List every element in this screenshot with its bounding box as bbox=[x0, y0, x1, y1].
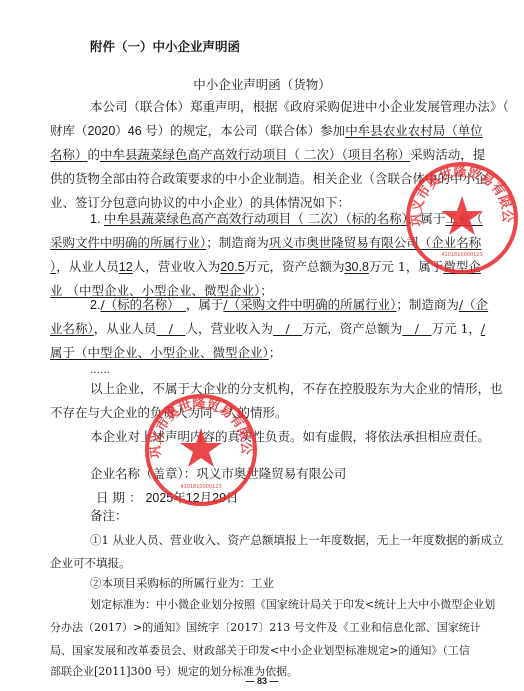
item1-l3h: 万元 1，属于 bbox=[369, 259, 443, 274]
item1-l1d: 工业（ bbox=[445, 211, 483, 226]
svg-text:4101810000123: 4101810000123 bbox=[441, 252, 482, 258]
item2-l2i: / bbox=[481, 321, 485, 336]
intro-l3c: 中牟县蔬菜绿色高产高效行动项目（ 二次）（项目名称） bbox=[100, 147, 410, 162]
item2-revenue: / bbox=[273, 321, 302, 336]
item1-employees: 12 bbox=[119, 260, 133, 274]
item2-l3: 属于（中型企业、小型企业、微型企业） bbox=[50, 345, 269, 360]
attachment-title: 附件（一）中小企业声明函 bbox=[90, 39, 240, 55]
document-page: 附件（一）中小企业声明函 中小企业声明函（货物） 本公司（联合体）郑重声明，根据… bbox=[0, 0, 524, 691]
doc-title: 中小企业声明函（货物） bbox=[0, 77, 524, 93]
intro-line-3: 名称）的中牟县蔬菜绿色高产高效行动项目（ 二次）（项目名称）采购活动，提 bbox=[50, 147, 485, 163]
item1-l3i: 微型企 bbox=[443, 259, 481, 274]
item1-line-1: 1. 中牟县蔬菜绿色高产高效行动项目（ 二次）（标的名称），属于工业（ bbox=[90, 211, 483, 227]
intro-line-1: 本公司（联合体）郑重声明，根据《政府采购促进中小企业发展管理办法》（ bbox=[90, 99, 509, 115]
item1-l3f: 万元，资产总额为 bbox=[245, 259, 345, 274]
intro-line-4: 供的货物全部由符合政策要求的中小企业制造。相关企业（含联合体中的中小企 bbox=[50, 171, 488, 187]
item1-revenue: 20.5 bbox=[220, 260, 244, 274]
item2-l1a: 2. bbox=[90, 298, 100, 312]
note-3b: 分办法（2017）>的通知》国统字〔2017〕213 号文件及《工业和信息化部、… bbox=[50, 620, 481, 636]
item2-l1e: ；制造商为 bbox=[396, 297, 459, 312]
statement-line-2: 不存在与大企业的负责人为同一人的情形。 bbox=[50, 405, 288, 421]
intro-l2a: 财库（2020）46 号）的规定，本公司（联合体）参加 bbox=[50, 124, 345, 138]
item2-l2b: ，从业人员 bbox=[94, 321, 157, 336]
notes-title: 备注： bbox=[90, 508, 128, 524]
date-line: 日 期 ： 2025年12月29日 bbox=[96, 490, 239, 506]
item2-l1b: /（标的名称） bbox=[100, 297, 185, 312]
item1-l3d: 人，营业收入为 bbox=[133, 259, 221, 274]
item2-l1c: ，属于 bbox=[186, 297, 224, 312]
item2-l3b: ； bbox=[269, 345, 282, 360]
item1-l4b: ； bbox=[260, 283, 273, 298]
item2-l2d: 人，营业收入为 bbox=[186, 321, 274, 336]
intro-l3b: 的 bbox=[88, 147, 101, 162]
note-1b: 企业可不填报。 bbox=[50, 555, 131, 571]
svg-text:巩义市奥世隆贸易有限公司: 巩义市奥世隆贸易有限公司 bbox=[143, 392, 253, 459]
item1-l2c: 巩义市奥世隆贸易有限公司（企业名称 bbox=[269, 235, 482, 250]
company-label: 企业名称（盖章）： bbox=[90, 466, 196, 481]
item1-l2b: ；制造商为 bbox=[206, 235, 269, 250]
item1-l4: 业 （中型企业、小型企业、微型企业） bbox=[50, 283, 260, 298]
company-name: 巩义市奥世隆贸易有限公司 bbox=[196, 466, 346, 481]
note-3c: 局、国家发展和改革委员会、财政部关于印发<中小企业划型标准规定>的通知》（工信 bbox=[50, 643, 470, 659]
item1-l1b: 中牟县蔬菜绿色高产高效行动项目（ 二次）（标的名称） bbox=[104, 211, 408, 226]
note-1a: ①1 从业人员、营业收入、资产总额填报上一年度数据，无上一年度数据的新成立 bbox=[90, 532, 503, 548]
item1-l1a: 1. bbox=[90, 212, 104, 226]
date-label: 日 期 ： bbox=[96, 490, 141, 505]
intro-l3d: 采购活动，提 bbox=[410, 147, 485, 162]
date-value: 2025年12月29日 bbox=[145, 491, 238, 505]
statement-line-3: 本企业对上述声明内容的真实性负责。如有虚假，将依法承担相应责任。 bbox=[90, 429, 490, 445]
company-signature: 企业名称（盖章）：巩义市奥世隆贸易有限公司 bbox=[90, 466, 346, 482]
item2-line-1: 2./（标的名称） ，属于/（采购文件中明确的所属行业）；制造商为/（企 bbox=[90, 297, 488, 313]
item1-line-2: 采购文件中明确的所属行业）；制造商为巩义市奥世隆贸易有限公司（企业名称 bbox=[50, 235, 481, 251]
item2-l2f: 万元，资产总额为 bbox=[302, 321, 402, 336]
item1-l2a: 采购文件中明确的所属行业） bbox=[50, 235, 206, 250]
item2-l1d: /（采购文件中明确的所属行业） bbox=[223, 297, 396, 312]
ellipsis: …… bbox=[90, 363, 110, 379]
intro-l2b: 中牟县农业农村局（单位 bbox=[345, 123, 483, 138]
intro-line-5: 业、签订分包意向协议的中小企业）的具体情况如下： bbox=[50, 195, 350, 211]
item2-assets: / bbox=[402, 321, 431, 336]
item2-employees: / bbox=[156, 321, 185, 336]
intro-line-2: 财库（2020）46 号）的规定，本公司（联合体）参加中牟县农业农村局（单位 bbox=[50, 123, 483, 139]
item1-line-3: ），从业人员12人，营业收入为20.5万元，资产总额为30.8万元 1，属于微型… bbox=[50, 259, 481, 275]
note-3a: 划定标准为：中小微企业划分按照《国家统计局关于印发<统计上大中小微型企业划 bbox=[90, 597, 495, 613]
item2-line-2: 业名称），从业人员 / 人，营业收入为 / 万元，资产总额为 / 万元 1，/ bbox=[50, 321, 485, 337]
stamp-2-text: 巩义市奥世隆贸易有限公司 bbox=[143, 392, 253, 459]
item2-l1f: /（企 bbox=[459, 297, 488, 312]
note-2: ②本项目采购标的所属行业为：工业 bbox=[90, 575, 274, 591]
item2-l2h: 万元 1， bbox=[431, 321, 480, 336]
page-number: — 83 — bbox=[0, 676, 524, 686]
item1-l3b: ，从业人员 bbox=[56, 259, 119, 274]
item1-assets: 30.8 bbox=[345, 260, 369, 274]
item2-line-3: 属于（中型企业、小型企业、微型企业）； bbox=[50, 345, 281, 361]
item2-l2a: 业名称） bbox=[50, 321, 94, 336]
statement-line-1: 以上企业，不属于大企业的分支机构，不存在控股股东为大企业的情形，也 bbox=[90, 381, 503, 397]
intro-l3a: 名称） bbox=[50, 147, 88, 162]
item1-l1c: ，属于 bbox=[408, 211, 446, 226]
